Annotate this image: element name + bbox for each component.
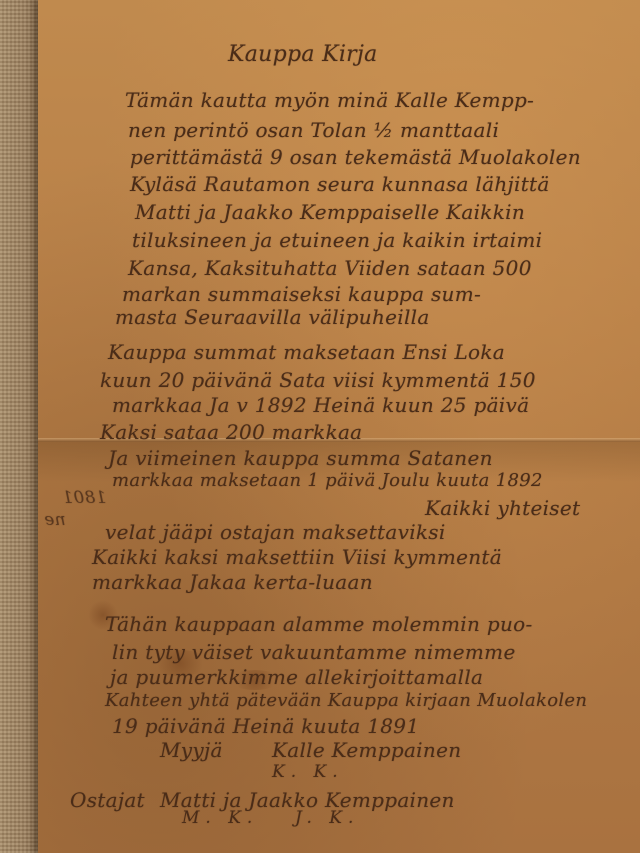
text-line: markkaa Ja v 1892 Heinä kuun 25 päivä [112, 393, 529, 417]
text-line: kuun 20 päivänä Sata viisi kymmentä 150 [100, 368, 536, 392]
document-title: Kauppa Kirja [228, 42, 378, 67]
text-line: markkaa maksetaan 1 päivä Joulu kuuta 18… [112, 470, 543, 491]
text-line: Kaikki yhteiset [425, 496, 580, 520]
text-line: lin tyty väiset vakuuntamme nimemme [112, 640, 516, 664]
text-line: velat jääpi ostajan maksettaviksi [105, 520, 446, 544]
date-line: 19 päivänä Heinä kuuta 1891 [112, 714, 419, 738]
text-line: Tämän kautta myön minä Kalle Kempp- [125, 88, 534, 112]
buyers-label: Ostajat [70, 788, 145, 812]
seller-label: Myyjä [160, 738, 223, 762]
text-line: ja puumerkkimme allekirjoittamalla [110, 665, 483, 689]
seller-initials: K. K. [272, 762, 344, 782]
text-line: tiluksineen ja etuineen ja kaikin irtaim… [132, 228, 542, 252]
text-line: Kaksi sataa 200 markkaa [100, 420, 362, 444]
fabric-background [0, 0, 40, 853]
text-line: Kyläsä Rautamon seura kunnasa lähjittä [130, 172, 550, 196]
text-line: masta Seuraavilla välipuheilla [115, 305, 430, 329]
text-line: Kaikki kaksi maksettiin Viisi kymmentä [92, 545, 502, 569]
text-line: Tähän kauppaan alamme molemmin puo- [105, 612, 533, 636]
photo-scene: Kauppa Kirja Tämän kautta myön minä Kall… [0, 0, 640, 853]
seller-name: Kalle Kemppainen [272, 738, 461, 762]
text-line: perittämästä 9 osan tekemästä Muolakolen [130, 145, 581, 169]
text-line: Ja viimeinen kauppa summa Satanen [108, 446, 493, 470]
buyer1-initials: M. K. [182, 808, 258, 828]
buyer2-initials: J. K. [295, 808, 359, 828]
text-line: markkaa Jakaa kerta-luaan [92, 570, 373, 594]
text-line: Matti ja Jaakko Kemppaiselle Kaikkin [135, 200, 525, 224]
text-line: markan summaiseksi kauppa sum- [122, 282, 481, 306]
bleed-through-text: ne [44, 510, 66, 530]
text-line: Kahteen yhtä pätevään Kauppa kirjaan Muo… [105, 690, 587, 711]
bleed-through-text: 1801 [62, 488, 106, 508]
text-line: Kansa, Kaksituhatta Viiden sataan 500 [128, 256, 532, 280]
text-line: Kauppa summat maksetaan Ensi Loka [108, 340, 505, 364]
text-line: nen perintö osan Tolan ½ manttaali [128, 118, 499, 142]
